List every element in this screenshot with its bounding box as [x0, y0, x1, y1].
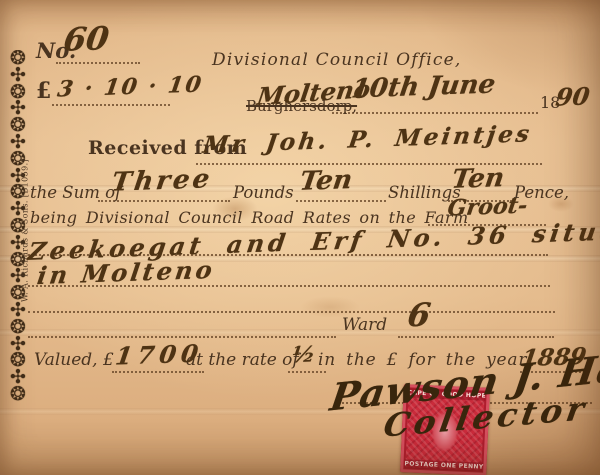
- handwritten-pounds: Three: [110, 164, 215, 197]
- receipt-document: ❂ ✣ ❂ ✣ ❂ ✣ ❂ ✣ ❂ ✣ ❂ ✣ ❂ ✣ ❂ ✣ ❂ ✣ ❂ ✣ …: [0, 0, 600, 475]
- printer-credit-vertical-text: W. A. Richards & Sons. [B1059.]: [21, 156, 30, 306]
- handwritten-farm-name-part1: Groot-: [446, 193, 529, 222]
- handwritten-pence: Ten: [450, 163, 506, 195]
- dotted-rule: [288, 371, 326, 373]
- paper-crease: [0, 329, 600, 336]
- dotted-rule: [332, 112, 538, 114]
- pounds-label: Pounds: [233, 183, 294, 202]
- handwritten-shillings: Ten: [298, 165, 354, 197]
- handwritten-receipt-number: 60: [61, 19, 111, 59]
- valued-label: Valued, £: [34, 350, 114, 370]
- dotted-rule: [398, 336, 554, 338]
- ward-label: Ward: [342, 315, 387, 335]
- dotted-rule: [28, 336, 336, 338]
- handwritten-rate: ½: [290, 342, 317, 369]
- handwritten-year: 90: [554, 81, 592, 111]
- handwritten-amount: 3 · 10 · 10: [56, 71, 205, 102]
- dotted-rule: [112, 371, 204, 373]
- dotted-rule: [28, 311, 555, 313]
- handwritten-payer-name: Mr Joh. P. Meintjes: [201, 120, 534, 158]
- handwritten-date: 10th June: [349, 70, 497, 105]
- pound-sign-label: £: [36, 78, 51, 104]
- handwritten-valuation: 1700: [114, 338, 205, 370]
- dotted-rule: [296, 200, 386, 202]
- sum-label: the Sum of: [30, 183, 121, 202]
- dotted-rule: [52, 104, 170, 106]
- office-title: Divisional Council Office,: [212, 50, 462, 70]
